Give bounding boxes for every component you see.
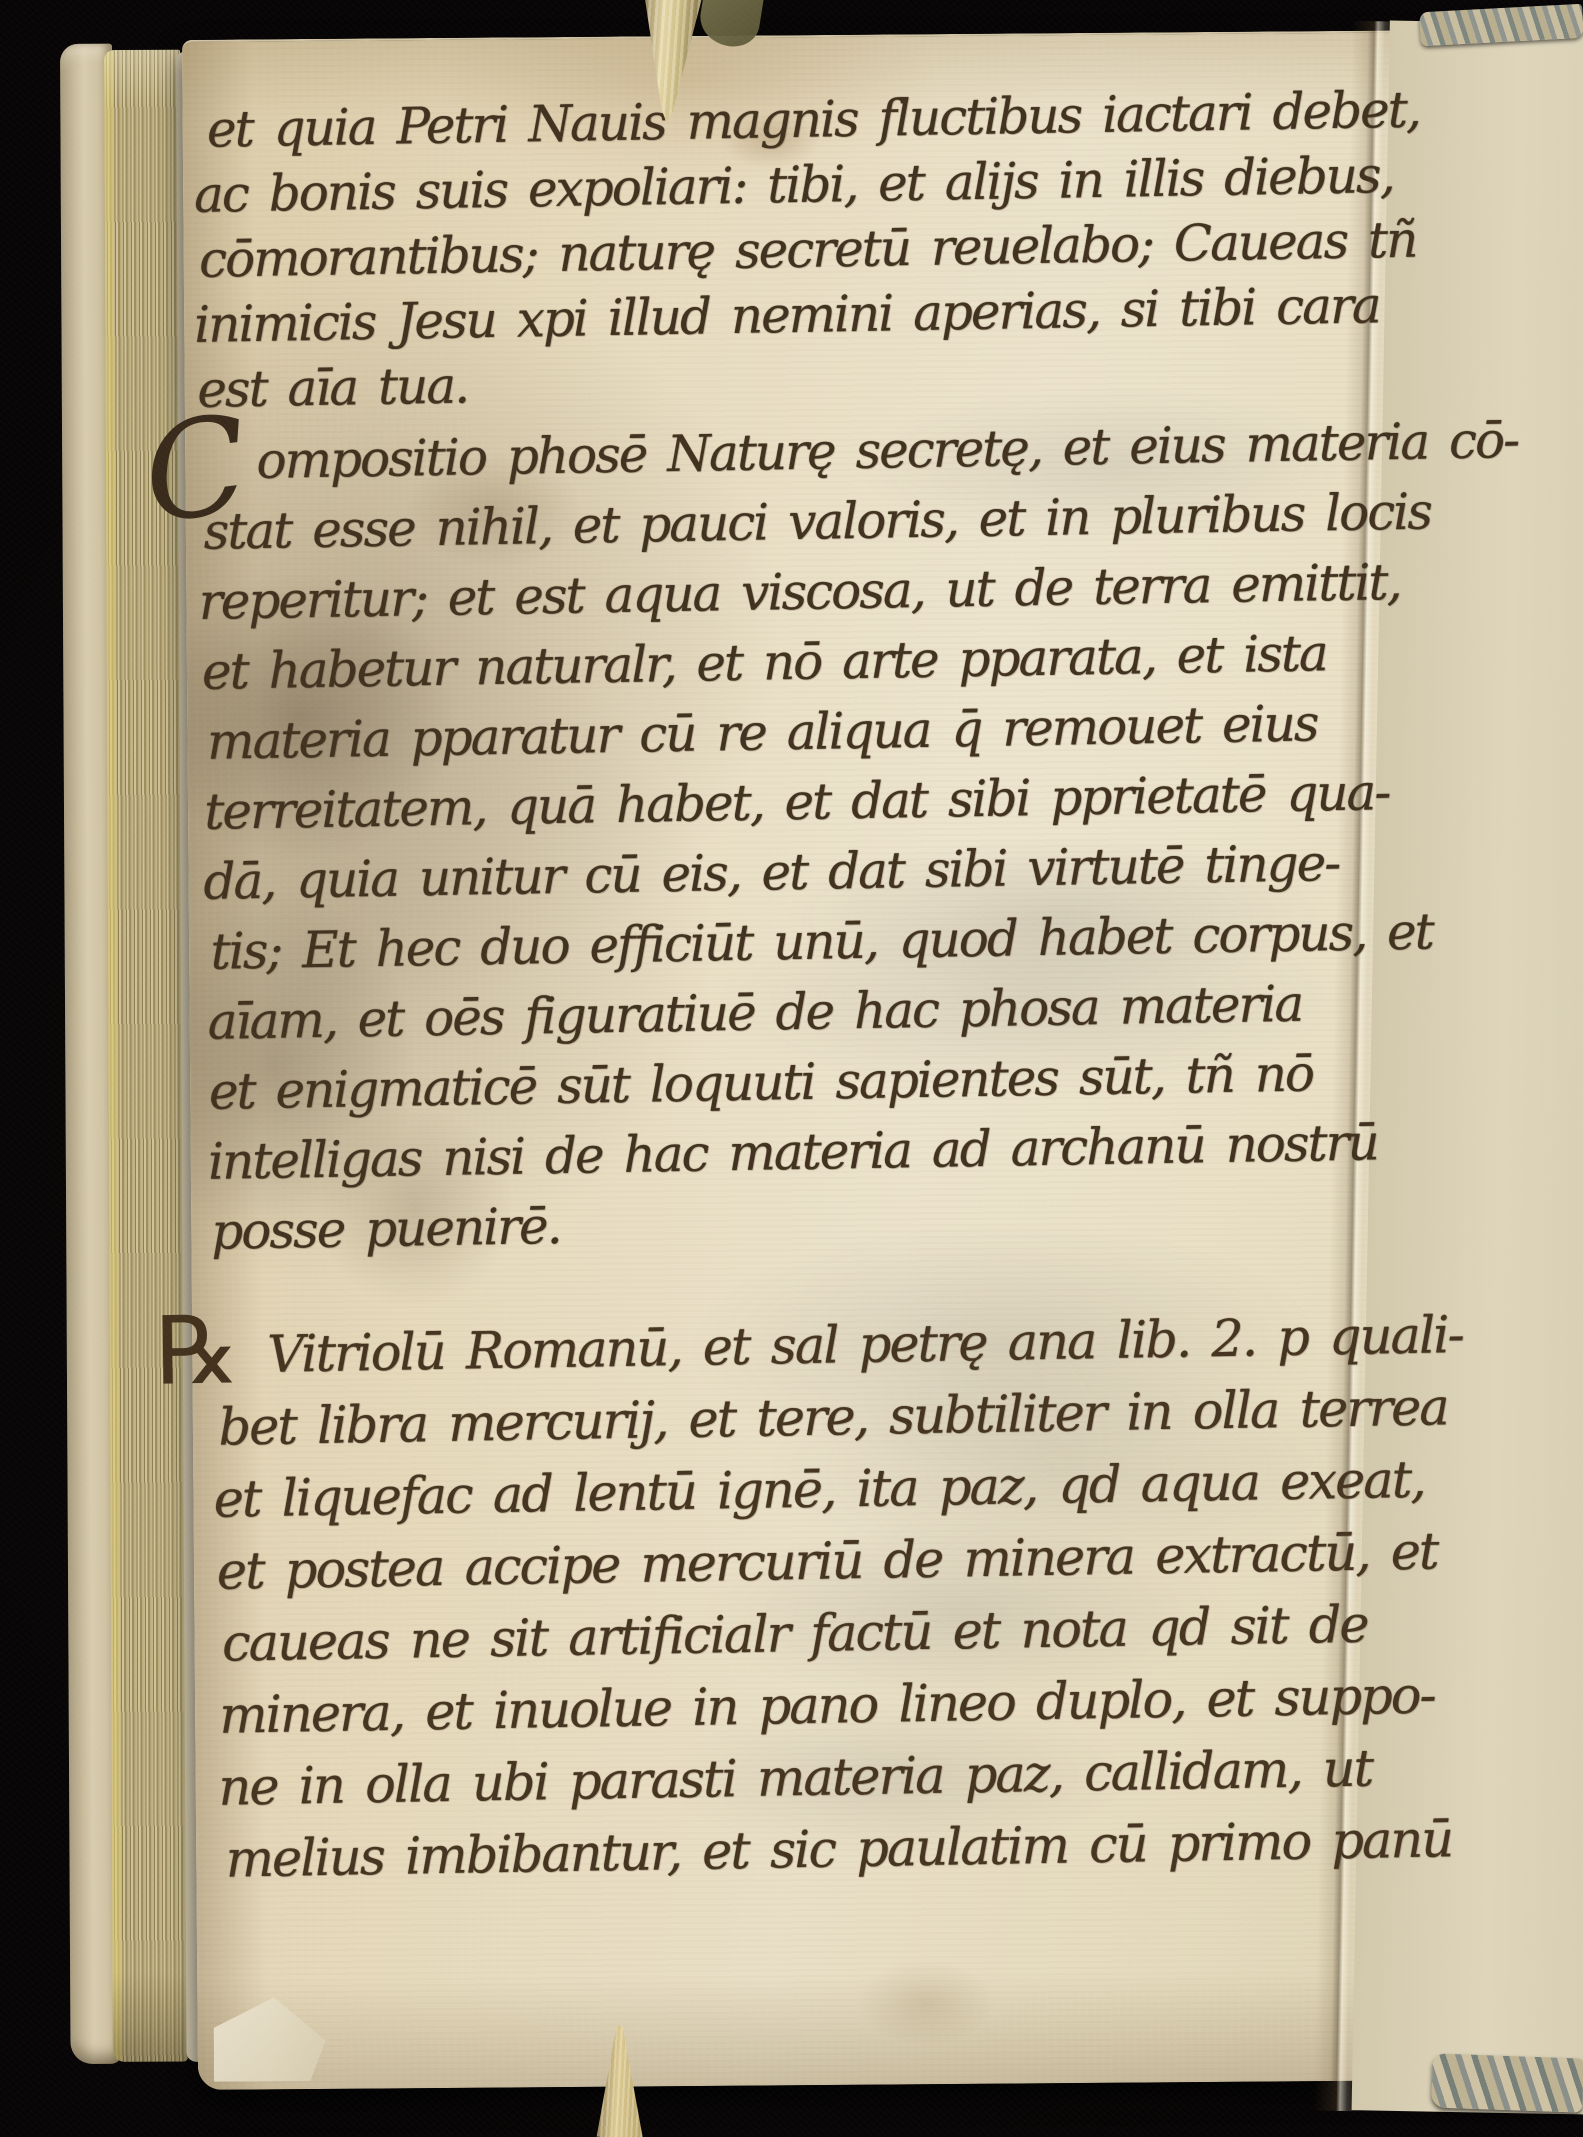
paragraph-2: C ompositio phosē Naturę secretę, et eiu… [198, 408, 1362, 1267]
initial-rx-symbol: ℞ [154, 1304, 238, 1399]
page-corner-fold [213, 1997, 326, 2082]
page-edge-stack [104, 50, 189, 2062]
endband-bottom [1431, 2053, 1583, 2112]
manuscript-text: et quia Petri Nauis magnis fluctibus iac… [192, 79, 1372, 1897]
manuscript-page: et quia Petri Nauis magnis fluctibus iac… [182, 29, 1583, 2090]
initial-letter: C [137, 397, 253, 542]
paragraph-3: ℞ Vitriolū Romanū, et sal petrę ana lib.… [213, 1302, 1372, 1897]
photo-background: et quia Petri Nauis magnis fluctibus iac… [0, 0, 1583, 2137]
paragraph-1: et quia Petri Nauis magnis fluctibus iac… [192, 79, 1347, 423]
